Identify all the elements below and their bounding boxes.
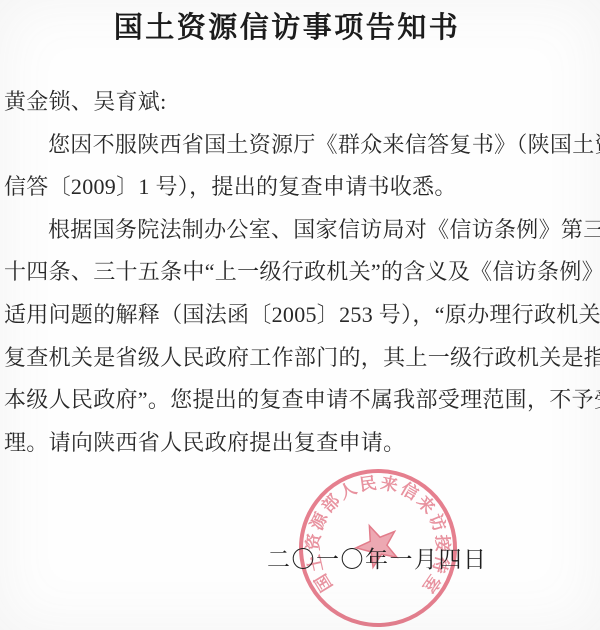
document-line: 根据国务院法制办公室、国家信访局对《信访条例》第三 bbox=[4, 209, 596, 252]
document-line: 复查机关是省级人民政府工作部门的，其上一级行政机关是指 bbox=[4, 337, 596, 380]
document-line: 适用问题的解释（国法函〔2005〕253 号），“原办理行政机关、 bbox=[4, 294, 596, 337]
document-line: 本级人民政府”。您提出的复查申请不属我部受理范围，不予受 bbox=[4, 379, 596, 422]
document-line: 十四条、三十五条中“上一级行政机关”的含义及《信访条例》 bbox=[4, 251, 596, 294]
salutation-line: 黄金锁、吴育斌: bbox=[4, 81, 596, 124]
document-line: 信答〔2009〕1 号），提出的复查申请书收悉。 bbox=[4, 166, 596, 209]
document-body: 黄金锁、吴育斌: 您因不服陕西省国土资源厅《群众来信答复书》（陕国土资 信答〔2… bbox=[4, 81, 596, 464]
document-title: 国土资源信访事项告知书 bbox=[0, 8, 587, 48]
document-date: 二〇一〇年一月四日 bbox=[267, 541, 488, 574]
document-line: 理。请向陕西省人民政府提出复查申请。 bbox=[4, 422, 596, 465]
document-page: 国土资源信访事项告知书 黄金锁、吴育斌: 您因不服陕西省国土资源厅《群众来信答复… bbox=[0, 0, 600, 630]
document-line: 您因不服陕西省国土资源厅《群众来信答复书》（陕国土资 bbox=[4, 124, 596, 167]
